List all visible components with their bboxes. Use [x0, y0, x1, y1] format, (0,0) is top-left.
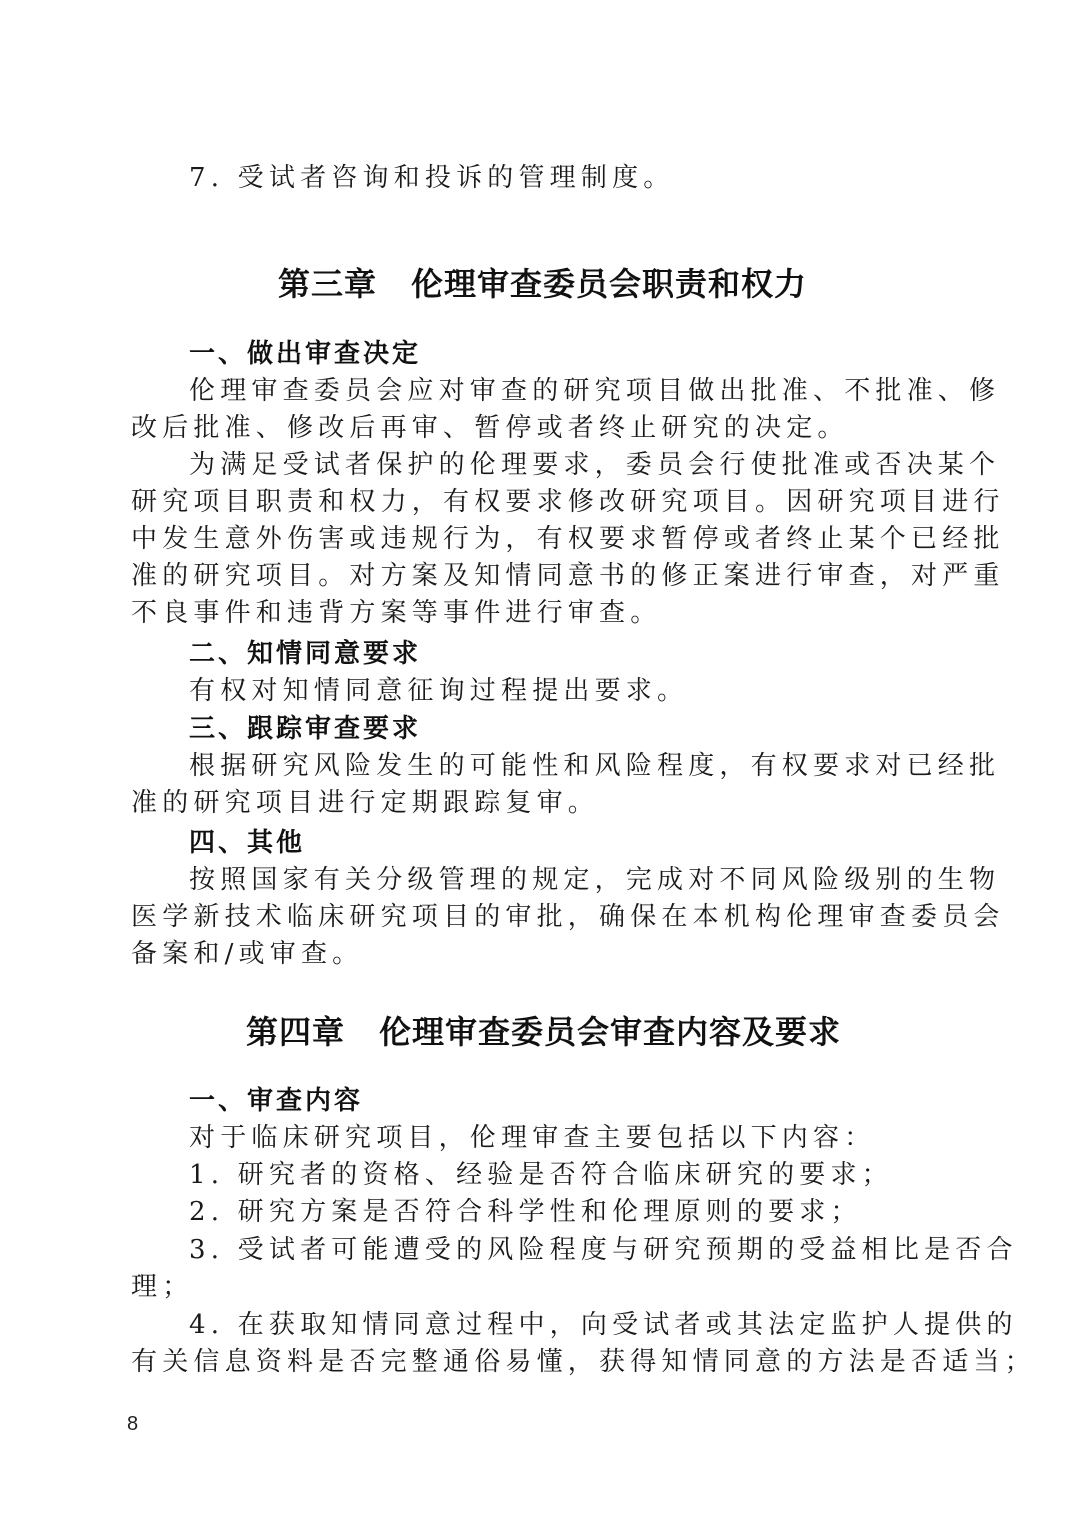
- chapter-4-title: 伦理审查委员会审查内容及要求: [379, 1013, 841, 1051]
- chapter-4-heading: 第四章伦理审查委员会审查内容及要求: [246, 1012, 841, 1052]
- paragraph-line: 按照国家有关分级管理的规定，完成对不同风险级别的生物: [189, 862, 1000, 899]
- paragraph-line: 准的研究项目进行定期跟踪复审。: [131, 785, 599, 822]
- list-item-7: 7. 受试者咨询和投诉的管理制度。: [189, 160, 674, 197]
- paragraph-line: 研究项目职责和权力，有权要求修改研究项目。因研究项目进行: [131, 484, 1005, 521]
- paragraph-line: 不良事件和违背方案等事件进行审查。: [131, 595, 661, 632]
- list-item-4-cont: 有关信息资料是否完整通俗易懂，获得知情同意的方法是否适当；: [131, 1344, 1036, 1381]
- list-item-3: 3. 受试者可能遭受的风险程度与研究预期的受益相比是否合: [189, 1232, 1018, 1269]
- paragraph-line: 医学新技术临床研究项目的审批，确保在本机构伦理审查委员会: [131, 899, 1005, 936]
- paragraph-line: 为满足受试者保护的伦理要求，委员会行使批准或否决某个: [189, 447, 1000, 484]
- list-item-3-cont: 理；: [131, 1269, 193, 1306]
- section-heading-make-decision: 一、做出审查决定: [189, 336, 421, 373]
- list-item-4: 4. 在获取知情同意过程中，向受试者或其法定监护人提供的: [189, 1307, 1018, 1344]
- paragraph-line: 准的研究项目。对方案及知情同意书的修正案进行审查，对严重: [131, 558, 1005, 595]
- section-heading-review-content: 一、审查内容: [189, 1083, 363, 1120]
- section-heading-tracking-review: 三、跟踪审查要求: [189, 711, 421, 748]
- chapter-3-heading: 第三章伦理审查委员会职责和权力: [278, 264, 807, 304]
- chapter-4-label: 第四章: [246, 1013, 345, 1051]
- list-item-1: 1. 研究者的资格、经验是否符合临床研究的要求；: [189, 1157, 893, 1194]
- paragraph-line: 中发生意外伤害或违规行为，有权要求暂停或者终止某个已经批: [131, 521, 1005, 558]
- section-heading-other: 四、其他: [189, 825, 305, 862]
- chapter-3-label: 第三章: [278, 265, 377, 303]
- page-number: 8: [127, 1413, 138, 1436]
- list-item-2: 2. 研究方案是否符合科学性和伦理原则的要求；: [189, 1194, 862, 1231]
- paragraph-line: 伦理审查委员会应对审查的研究项目做出批准、不批准、修: [189, 373, 1000, 410]
- section-heading-informed-consent: 二、知情同意要求: [189, 636, 421, 673]
- chapter-3-title: 伦理审查委员会职责和权力: [411, 265, 807, 303]
- paragraph-line: 改后批准、修改后再审、暂停或者终止研究的决定。: [131, 410, 849, 447]
- paragraph-line: 根据研究风险发生的可能性和风险程度，有权要求对已经批: [189, 748, 1000, 785]
- paragraph-line: 对于临床研究项目，伦理审查主要包括以下内容：: [189, 1120, 875, 1157]
- paragraph-line: 有权对知情同意征询过程提出要求。: [189, 673, 688, 710]
- paragraph-line: 备案和/或审查。: [131, 936, 363, 973]
